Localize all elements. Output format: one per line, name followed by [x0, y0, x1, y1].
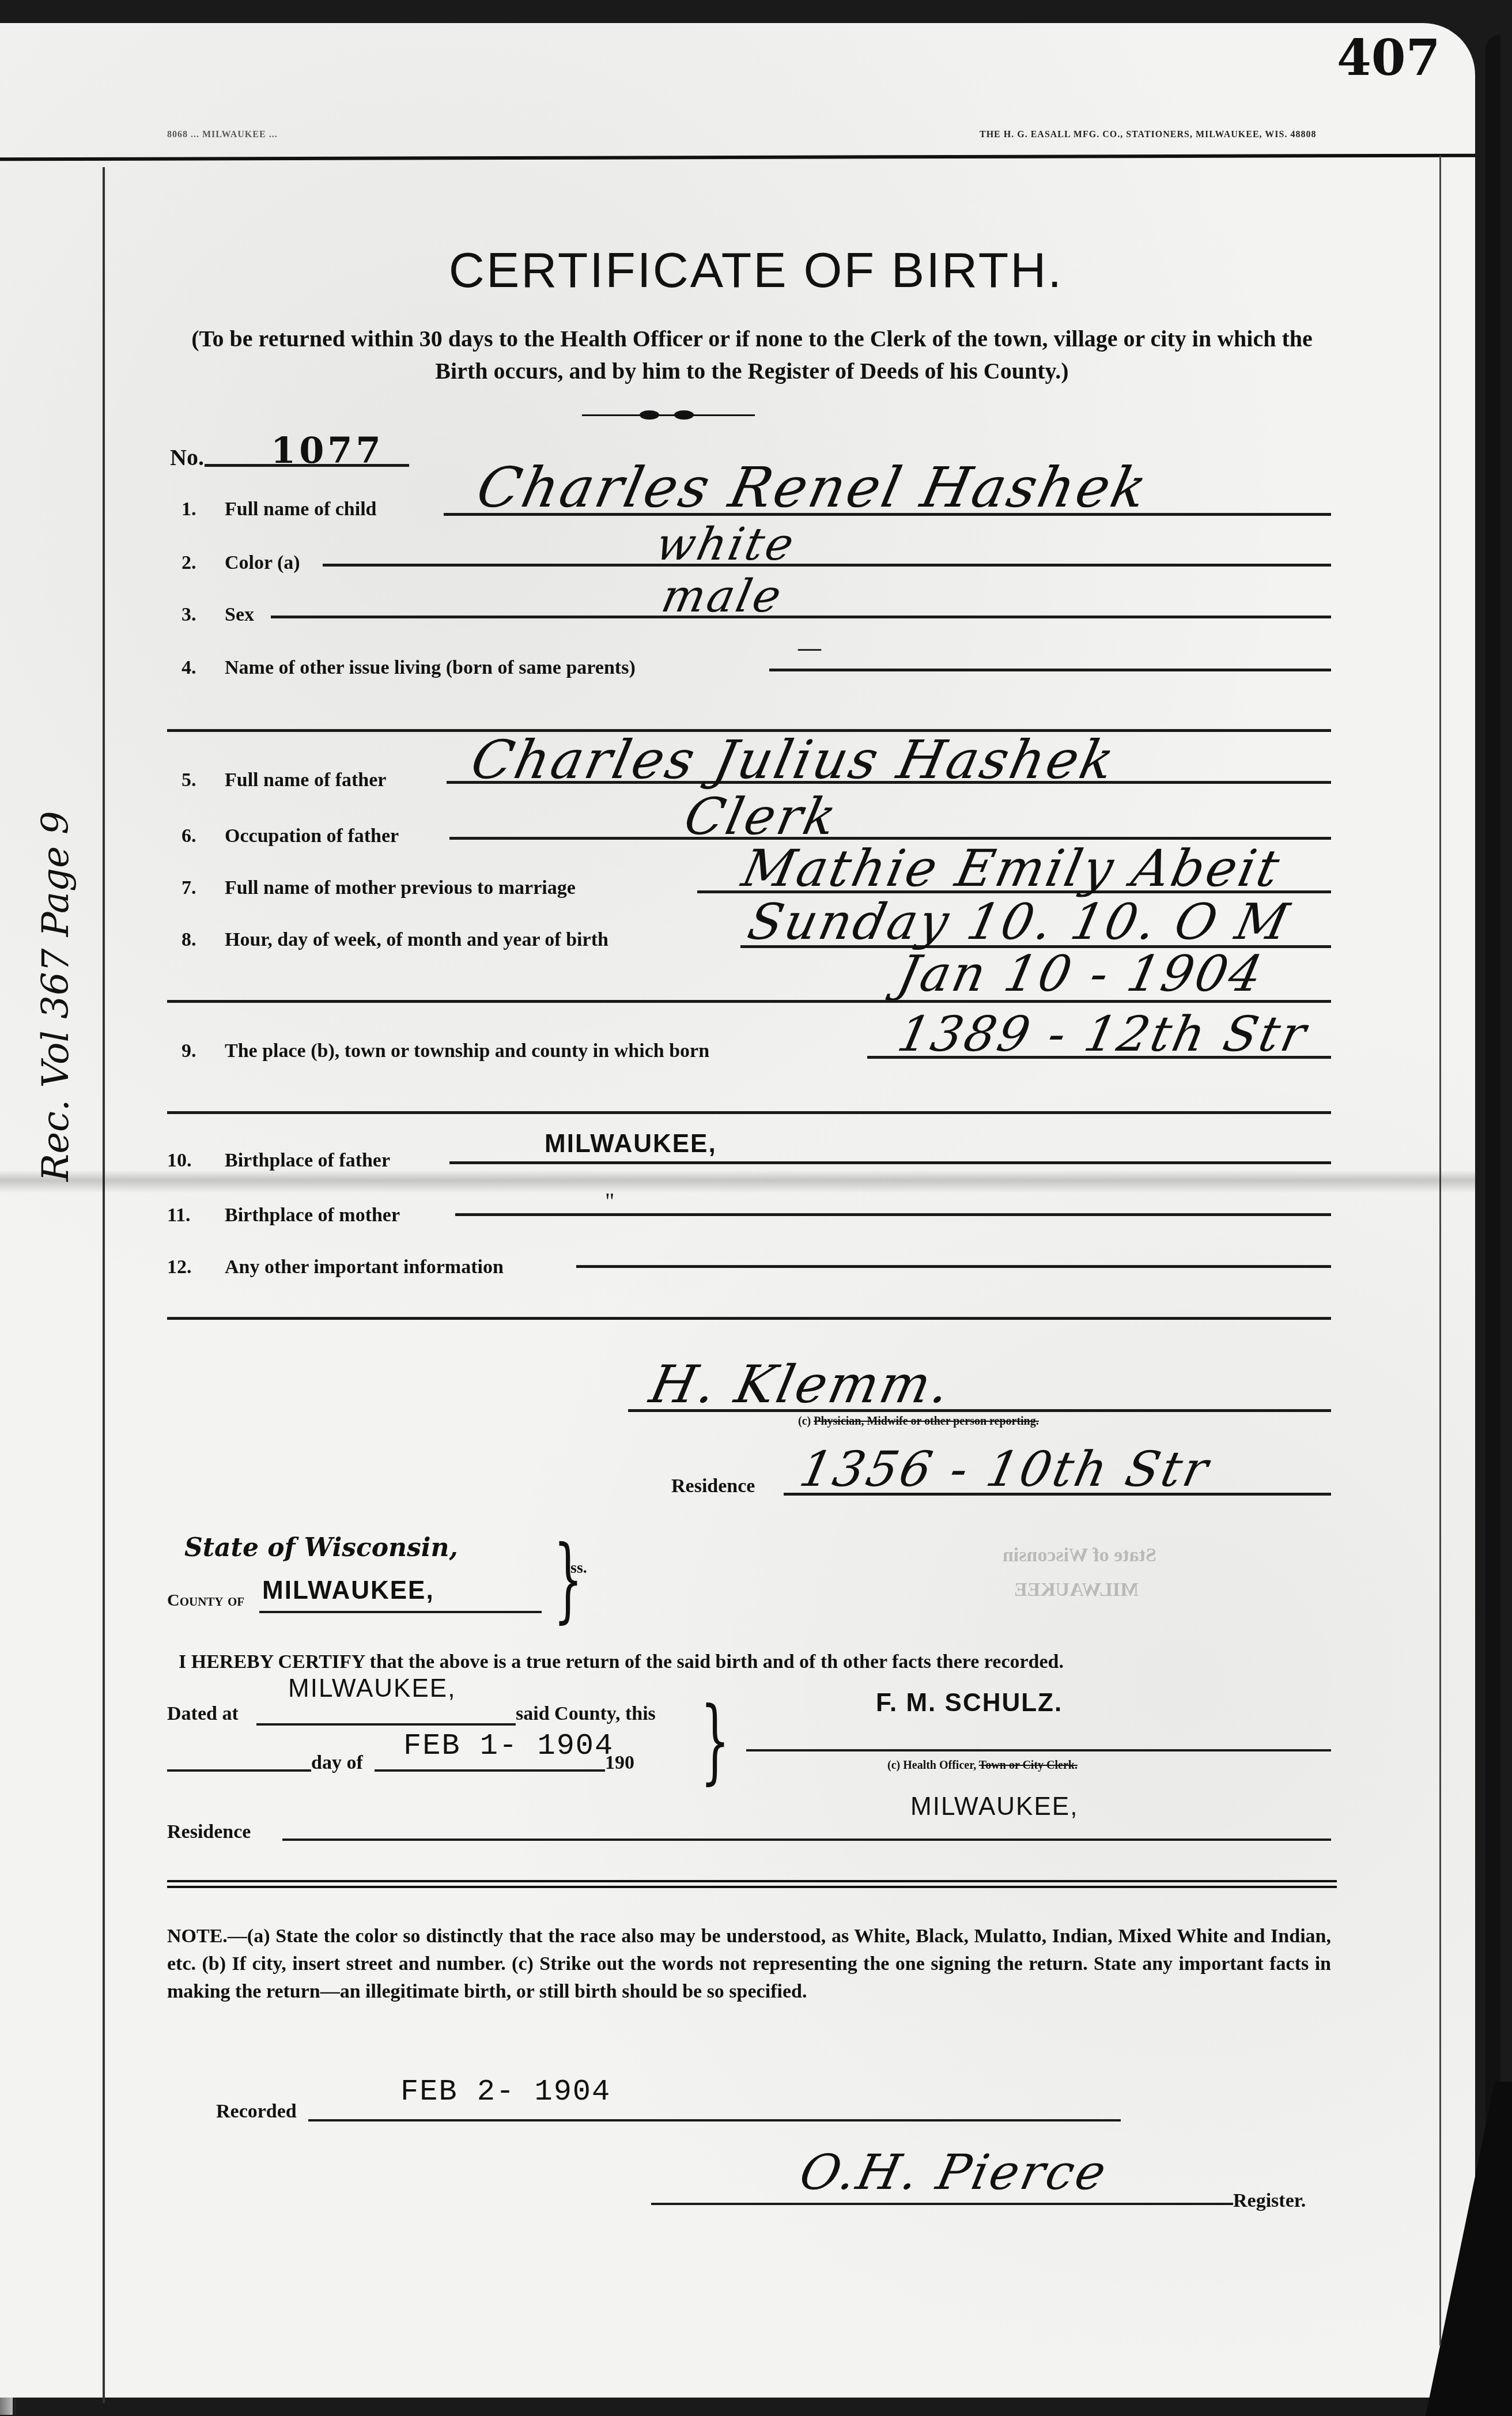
- mother-birthplace-value: ": [605, 1187, 614, 1214]
- bleed-through-text-2: MILWAUKEE: [1014, 1579, 1139, 1601]
- birthplace-value: 1389 - 12th Str: [893, 1006, 1313, 1062]
- health-officer-city: MILWAUKEE,: [910, 1792, 1078, 1821]
- field-3-label: Sex: [225, 604, 254, 626]
- fold-crease: [0, 1170, 1475, 1193]
- field-10-label: Birthplace of father: [225, 1150, 390, 1172]
- health-officer-caption-struck: Town or City Clerk.: [979, 1759, 1078, 1772]
- reporter-residence-label: Residence: [671, 1475, 755, 1497]
- day-of-value: FEB 1- 1904: [403, 1729, 614, 1763]
- field-12-label: Any other important information: [225, 1256, 504, 1278]
- dated-at-line: [256, 1723, 516, 1726]
- birth-date-value: Jan 10 - 1904: [893, 945, 1269, 1003]
- field-7-number: 7.: [182, 877, 196, 899]
- day-line: [167, 1769, 311, 1772]
- field-5-label: Full name of father: [225, 769, 386, 791]
- jurat-brace: }: [553, 1533, 583, 1625]
- birth-time-value: Sunday 10. 10. O M: [743, 893, 1295, 951]
- right-margin-rule: [1439, 156, 1441, 2346]
- field-1-label: Full name of child: [225, 499, 377, 520]
- recorded-date-value: FEB 2- 1904: [400, 2075, 611, 2109]
- page-number: 407: [1337, 29, 1441, 87]
- field-7-label: Full name of mother previous to marriage: [225, 877, 576, 899]
- field-4-line: [769, 669, 1331, 671]
- dated-at-label: Dated at: [167, 1703, 239, 1725]
- certify-statement: I HEREBY CERTIFY that the above is a tru…: [179, 1651, 1064, 1673]
- field-6-label: Occupation of father: [225, 825, 399, 847]
- child-name-value: Charles Renel Hashek: [471, 455, 1154, 520]
- reporter-caption-prefix: (c): [798, 1415, 811, 1428]
- field-12-line: [576, 1265, 1331, 1268]
- section-double-rule-2: [167, 1886, 1337, 1888]
- field-2-number: 2.: [182, 552, 196, 574]
- field-8-line-2: [167, 1000, 1331, 1003]
- recorded-label: Recorded: [216, 2101, 297, 2123]
- field-11-number: 11.: [167, 1205, 191, 1226]
- register-label: Register.: [1233, 2190, 1306, 2212]
- father-birthplace-value: MILWAUKEE,: [545, 1130, 717, 1158]
- field-1-number: 1.: [182, 499, 196, 520]
- father-occupation-value: Clerk: [679, 787, 844, 846]
- printer-imprint-left: 8068 ... MILWAUKEE ...: [167, 130, 278, 140]
- printer-imprint-right: THE H. G. EASALL MFG. CO., STATIONERS, M…: [980, 130, 1316, 140]
- reporter-caption: (c) Physician, Midwife or other person r…: [798, 1415, 1039, 1428]
- mother-maiden-name-value: Mathie Emily Abeit: [737, 839, 1287, 898]
- field-4-number: 4.: [182, 657, 196, 679]
- field-12-number: 12.: [167, 1256, 192, 1278]
- left-margin-rule: [103, 167, 105, 2403]
- field-11-line: [455, 1213, 1331, 1216]
- reporter-signature: H. Klemm.: [645, 1354, 958, 1415]
- certificate-no-value: 1077: [271, 429, 384, 471]
- ornament-divider: [582, 410, 755, 420]
- field-3-line: [271, 616, 1331, 618]
- field-10-line: [449, 1161, 1331, 1164]
- officer-residence-line: [282, 1839, 1331, 1841]
- register-signature: O.H. Pierce: [795, 2144, 1113, 2200]
- field-9-number: 9.: [182, 1040, 196, 1062]
- field-3-number: 3.: [182, 604, 196, 626]
- field-2-label: Color (a): [225, 552, 300, 574]
- color-value: white: [651, 519, 800, 571]
- day-of-line: [375, 1769, 605, 1772]
- field-5-number: 5.: [182, 769, 196, 791]
- county-value: MILWAUKEE,: [262, 1576, 434, 1605]
- certificate-no-label: No.: [170, 444, 204, 471]
- field-9-label: The place (b), town or township and coun…: [225, 1040, 709, 1062]
- margin-annotation: Rec. Vol 367 Page 9: [35, 811, 77, 1181]
- year-prefix-label: 190: [605, 1752, 634, 1774]
- health-officer-name: F. M. SCHULZ.: [876, 1689, 1063, 1717]
- other-issue-value: —: [798, 634, 821, 661]
- said-county-label: said County, this: [516, 1703, 656, 1725]
- field-6-number: 6.: [182, 825, 196, 847]
- reporter-caption-struck: Physician, Midwife or other person repor…: [814, 1415, 1039, 1428]
- county-line: [259, 1611, 542, 1613]
- dated-at-value: MILWAUKEE,: [288, 1674, 456, 1703]
- sex-value: male: [657, 571, 788, 622]
- reporter-signature-line: [628, 1409, 1331, 1412]
- page-edge: [1485, 35, 1500, 2375]
- county-label: County of: [167, 1591, 244, 1610]
- instructions-note: NOTE.—(a) State the color so distinctly …: [167, 1923, 1331, 2006]
- field-12-line-2: [167, 1317, 1331, 1320]
- health-officer-line: [746, 1749, 1331, 1751]
- ss-label: ss.: [570, 1559, 587, 1577]
- state-label: State of Wisconsin,: [184, 1533, 458, 1562]
- father-name-value: Charles Julius Hashek: [466, 729, 1122, 791]
- field-11-label: Birthplace of mother: [225, 1205, 400, 1226]
- field-8-number: 8.: [182, 929, 196, 951]
- date-brace: }: [700, 1694, 729, 1787]
- health-officer-caption-prefix: (c) Health Officer,: [887, 1759, 976, 1772]
- field-8-label: Hour, day of week, of month and year of …: [225, 929, 608, 951]
- bleed-through-text: State of Wisconsin: [1003, 1545, 1156, 1566]
- day-of-label: day of: [311, 1752, 363, 1774]
- register-line: [651, 2203, 1233, 2205]
- reporter-residence-value: 1356 - 10th Str: [795, 1441, 1215, 1497]
- health-officer-caption: (c) Health Officer, Town or City Clerk.: [887, 1759, 1078, 1772]
- recorded-line: [308, 2119, 1121, 2121]
- field-4-label: Name of other issue living (born of same…: [225, 657, 636, 679]
- certificate-instructions: (To be returned within 30 days to the He…: [167, 323, 1337, 387]
- field-2-line: [323, 564, 1331, 567]
- section-double-rule-1: [167, 1880, 1337, 1882]
- officer-residence-label: Residence: [167, 1821, 251, 1843]
- field-9-line-2: [167, 1111, 1331, 1114]
- certificate-title: CERTIFICATE OF BIRTH.: [0, 242, 1512, 299]
- field-10-number: 10.: [167, 1150, 192, 1172]
